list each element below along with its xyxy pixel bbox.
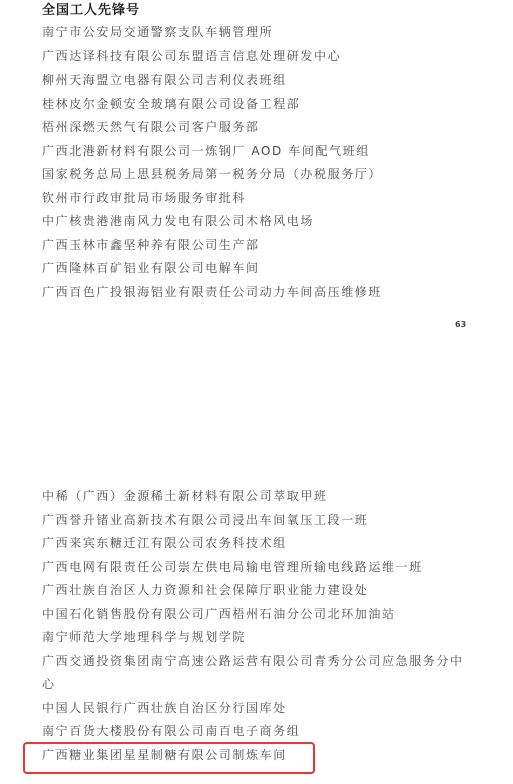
list-item: 广西隆林百矿铝业有限公司电解车间 bbox=[42, 259, 260, 277]
list-item: 桂林皮尔金顿安全玻璃有限公司设备工程部 bbox=[42, 95, 300, 113]
list-item: 国家税务总局上思县税务局第一税务分局（办税服务厅） bbox=[42, 165, 382, 183]
list-item: 南宁百货大楼股份有限公司南百电子商务组 bbox=[42, 722, 300, 740]
list-item: 广西百色广投银海铝业有限责任公司动力车间高压维修班 bbox=[42, 283, 382, 301]
list-item: 南宁师范大学地理科学与规划学院 bbox=[42, 628, 246, 646]
list-item: 钦州市行政审批局市场服务审批科 bbox=[42, 189, 246, 207]
highlight-box bbox=[23, 742, 315, 774]
list-item: 广西誉升锗业高新技术有限公司浸出车间氧压工段一班 bbox=[42, 511, 368, 529]
list-item: 广西玉林市鑫坚种养有限公司生产部 bbox=[42, 236, 260, 254]
document-page-top: 全国工人先锋号 南宁市公安局交通警察支队车辆管理所 广西达译科技有限公司东盟语言… bbox=[0, 0, 513, 345]
document-page-bottom: 中稀（广西）金源稀土新材料有限公司萃取甲班 广西誉升锗业高新技术有限公司浸出车间… bbox=[0, 345, 513, 784]
list-item: 广西电网有限责任公司崇左供电局输电管理所输电线路运维一班 bbox=[42, 558, 423, 576]
list-item: 广西达译科技有限公司东盟语言信息处理研发中心 bbox=[42, 47, 341, 65]
page-number: 63 bbox=[455, 320, 466, 329]
list-item: 广西交通投资集团南宁高速公路运营有限公司青秀分公司应急服务分中 bbox=[42, 652, 464, 670]
list-item: 广西壮族自治区人力资源和社会保障厅职业能力建设处 bbox=[42, 581, 368, 599]
list-item: 中广核贵港港南风力发电有限公司木格风电场 bbox=[42, 212, 314, 230]
list-item: 广西来宾东糖迁江有限公司农务科技术组 bbox=[42, 534, 287, 552]
section-title: 全国工人先锋号 bbox=[42, 1, 140, 21]
list-item: 柳州天海盟立电器有限公司吉利仪表班组 bbox=[42, 71, 287, 89]
list-item: 梧州深燃天然气有限公司客户服务部 bbox=[42, 118, 260, 136]
list-item: 南宁市公安局交通警察支队车辆管理所 bbox=[42, 23, 273, 41]
list-item: 中国石化销售股份有限公司广西梧州石油分公司北环加油站 bbox=[42, 605, 396, 623]
list-item: 广西北港新材料有限公司一炼钢厂 AOD 车间配气班组 bbox=[42, 142, 370, 160]
list-item: 中国人民银行广西壮族自治区分行国库处 bbox=[42, 699, 287, 717]
list-item-continuation: 心 bbox=[42, 675, 56, 693]
list-item: 中稀（广西）金源稀土新材料有限公司萃取甲班 bbox=[42, 487, 328, 505]
